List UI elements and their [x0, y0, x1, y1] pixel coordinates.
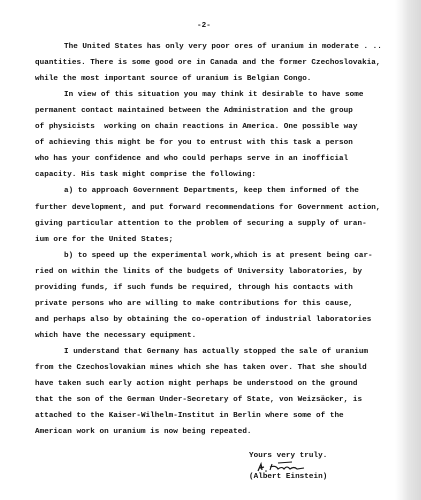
letter-line: a) to approach Government Departments, k…: [64, 186, 359, 196]
letter-line: and perhaps also by obtaining the co-ope…: [35, 315, 371, 325]
letter-line: giving particular attention to the probl…: [35, 219, 367, 229]
letter-line: have taken such early action might perha…: [35, 379, 358, 389]
letter-line: of physicists working on chain reactions…: [35, 122, 358, 132]
closing: Yours very truly.: [249, 452, 327, 460]
handwritten-signature-icon: [256, 461, 316, 473]
letter-line: while the most important source of urani…: [35, 74, 311, 84]
letter-line: further development, and put forward rec…: [35, 203, 381, 213]
letter-line: who has your confidence and who could pe…: [35, 154, 348, 164]
letter-line: I understand that Germany has actually s…: [64, 347, 368, 357]
letter-line: which have the necessary equipment.: [35, 331, 196, 341]
letter-line: from the Czechoslovakian mines which she…: [35, 363, 367, 373]
page-number: -2-: [197, 22, 211, 30]
letter-line: ium ore for the United States;: [35, 235, 173, 245]
letter-line: American work on uranium is now being re…: [35, 427, 252, 437]
letter-line: In view of this situation you may think …: [64, 90, 363, 100]
letter-line: ried on within the limits of the budgets…: [35, 267, 362, 277]
letter-line: quantities. There is some good ore in Ca…: [35, 58, 381, 68]
letter-line: The United States has only very poor ore…: [64, 42, 382, 52]
signature-name: (Albert Einstein): [249, 473, 327, 481]
letter-page: -2- The United States has only very poor…: [0, 0, 421, 500]
letter-line: b) to speed up the experimental work,whi…: [64, 251, 373, 261]
letter-line: permanent contact maintained between the…: [35, 106, 353, 116]
letter-line: of achieving this might be for you to en…: [35, 138, 353, 148]
letter-line: capacity. His task might comprise the fo…: [35, 170, 256, 180]
letter-line: private persons who are willing to make …: [35, 299, 353, 309]
letter-line: providing funds, if such funds be requir…: [35, 283, 353, 293]
letter-line: attached to the Kaiser-Wilhelm-Institut …: [35, 411, 344, 421]
letter-line: that the son of the German Under-Secreta…: [35, 395, 362, 405]
